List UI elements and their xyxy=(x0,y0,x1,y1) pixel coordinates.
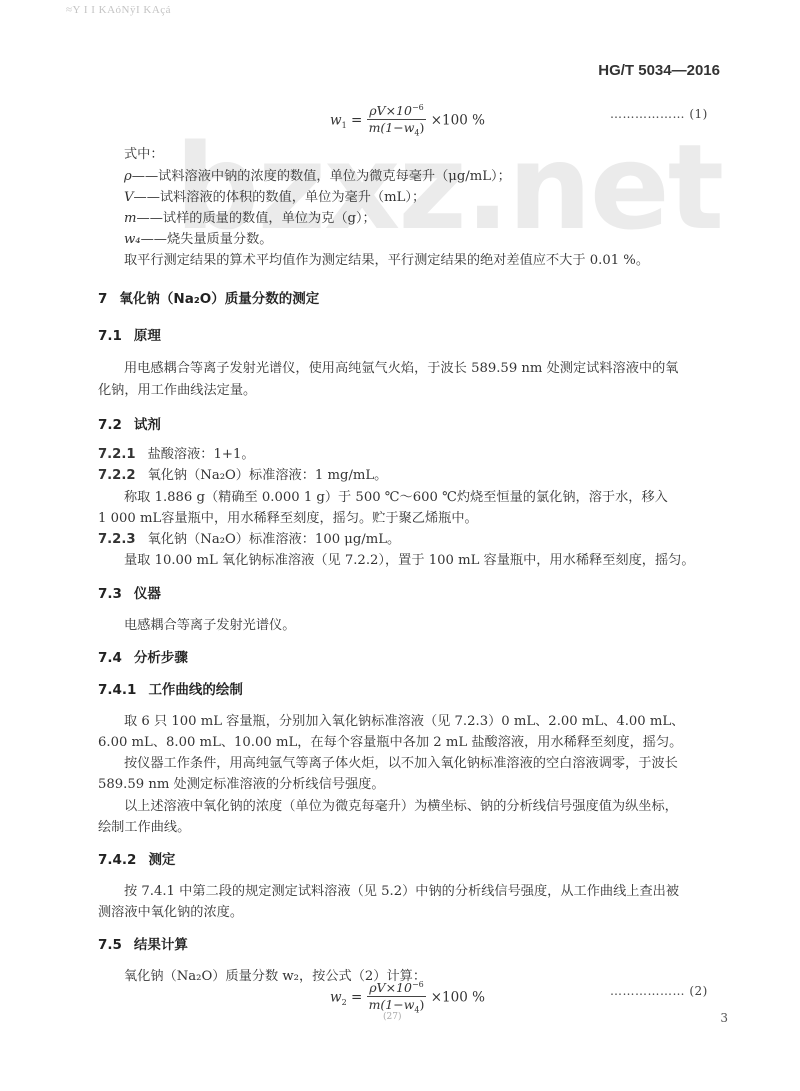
paragraph: 取 6 只 100 mL 容量瓶，分别加入氧化钠标准溶液（见 7.2.3）0 m… xyxy=(124,710,684,729)
section-7-1-heading: 7.1原理 xyxy=(98,324,161,344)
paragraph: 用电感耦合等离子发射光谱仪，使用高纯氩气火焰，于波长 589.59 nm 处测定… xyxy=(124,357,678,376)
section-7-2-2: 7.2.2氧化钠（Na₂O）标准溶液：1 mg/mL。 xyxy=(98,464,387,483)
exponent: −6 xyxy=(412,103,424,112)
formula-1-leader: ……………… (1) xyxy=(610,107,708,121)
denominator: m(1−w xyxy=(369,997,415,1012)
section-7-4-heading: 7.4分析步骤 xyxy=(98,646,188,666)
paragraph: 589.59 nm 处测定标准溶液的分析线信号强度。 xyxy=(98,773,385,792)
leader-dots: ……………… xyxy=(610,984,685,998)
section-title: 结果计算 xyxy=(134,937,188,953)
definition: 试料溶液的体积的数值，单位为毫升（mL）； xyxy=(160,190,425,205)
paragraph: 6.00 mL、8.00 mL、10.00 mL，在每个容量瓶中各加 2 mL … xyxy=(98,731,682,750)
symbol: m xyxy=(124,211,137,226)
section-7-5-heading: 7.5结果计算 xyxy=(98,933,188,953)
legend-item-w4: w₄——烧失量质量分数。 xyxy=(124,228,272,247)
formula-number: (1) xyxy=(689,107,708,121)
section-number: 7.1 xyxy=(98,328,122,344)
section-number: 7.4.2 xyxy=(98,852,136,868)
paragraph: 测溶液中氧化钠的浓度。 xyxy=(98,901,243,920)
section-title: 测定 xyxy=(148,852,175,868)
section-number: 7.2.2 xyxy=(98,468,136,483)
formula-lhs-sub: 2 xyxy=(342,998,347,1007)
denominator-end: ) xyxy=(420,997,425,1012)
symbol: ρ xyxy=(124,169,132,184)
page-number: 3 xyxy=(720,1011,728,1025)
numerator: ρV×10 xyxy=(369,103,412,118)
symbol: w₄ xyxy=(124,232,141,247)
section-number: 7.2.3 xyxy=(98,532,136,547)
section-text: 氧化钠（Na₂O）标准溶液：100 μg/mL。 xyxy=(148,532,401,547)
dash: —— xyxy=(141,232,167,247)
paragraph: 按仪器工作条件，用高纯氩气等离子体火炬，以不加入氧化钠标准溶液的空白溶液调零，于… xyxy=(124,752,678,771)
legend-item-m: m——试样的质量的数值，单位为克（g）； xyxy=(124,207,376,226)
paragraph: 电感耦合等离子发射光谱仪。 xyxy=(124,614,295,633)
paragraph: 1 000 mL容量瓶中，用水稀释至刻度，摇匀。贮于聚乙烯瓶中。 xyxy=(98,507,478,526)
legend-intro: 式中： xyxy=(124,143,164,162)
leader-dots: ……………… xyxy=(610,107,685,121)
section-number: 7.5 xyxy=(98,937,122,953)
section-title: 原理 xyxy=(134,328,161,344)
section-text: 盐酸溶液：1+1。 xyxy=(148,447,255,462)
section-title: 仪器 xyxy=(134,586,161,602)
denominator-end: ) xyxy=(420,120,425,135)
definition: 烧失量质量分数。 xyxy=(167,232,273,247)
section-title: 试剂 xyxy=(134,417,161,433)
section-number: 7.2.1 xyxy=(98,447,136,462)
paragraph: 化钠，用工作曲线法定量。 xyxy=(98,379,256,398)
formula-lhs-sub: 1 xyxy=(342,121,347,130)
definition: 试料溶液中钠的浓度的数值，单位为微克每毫升（μg/mL）； xyxy=(158,169,511,184)
section-7-4-2-heading: 7.4.2测定 xyxy=(98,848,175,868)
formula-number: (2) xyxy=(689,984,708,998)
formula-tail: ×100 % xyxy=(431,112,485,128)
result-precision-note: 取平行测定结果的算术平均值作为测定结果，平行测定结果的绝对差值应不大于 0.01… xyxy=(124,249,649,268)
paragraph: 按 7.4.1 中第二段的规定测定试料溶液（见 5.2）中钠的分析线信号强度，从… xyxy=(124,880,679,899)
paragraph: 量取 10.00 mL 氧化钠标准溶液（见 7.2.2），置于 100 mL 容… xyxy=(124,549,695,568)
definition: 试样的质量的数值，单位为克（g）； xyxy=(163,211,376,226)
page-content: w1 = ρV×10−6 m(1−w4) ×100 % ……………… (1) 式… xyxy=(0,0,800,1091)
section-number: 7.2 xyxy=(98,417,122,433)
section-number: 7.4 xyxy=(98,650,122,666)
section-number: 7.4.1 xyxy=(98,682,136,698)
section-number: 7 xyxy=(98,291,107,307)
section-7-2-heading: 7.2试剂 xyxy=(98,413,161,433)
paragraph: 称取 1.886 g（精确至 0.000 1 g）于 500 ℃～600 ℃灼烧… xyxy=(124,486,668,505)
section-text: 氧化钠（Na₂O）标准溶液：1 mg/mL。 xyxy=(148,468,388,483)
formula-2-leader: ……………… (2) xyxy=(610,984,708,998)
section-title: 分析步骤 xyxy=(134,650,188,666)
formula-lhs: w xyxy=(330,112,342,128)
denominator: m(1−w xyxy=(369,120,415,135)
formula-lhs: w xyxy=(330,989,342,1005)
section-7-heading: 7氧化钠（Na₂O）质量分数的测定 xyxy=(98,287,319,307)
dash: —— xyxy=(137,211,163,226)
formula-fraction: ρV×10−6 m(1−w4) xyxy=(367,100,427,142)
legend-item-v: V——试料溶液的体积的数值，单位为毫升（mL）； xyxy=(124,186,425,205)
section-7-2-1: 7.2.1盐酸溶液：1+1。 xyxy=(98,443,255,462)
formula-2: w2 = ρV×10−6 m(1−w4) ×100 % xyxy=(330,977,485,1019)
numerator: ρV×10 xyxy=(369,980,412,995)
dash: —— xyxy=(134,190,160,205)
section-number: 7.3 xyxy=(98,586,122,602)
formula-tail: ×100 % xyxy=(431,989,485,1005)
paragraph: 绘制工作曲线。 xyxy=(98,816,190,835)
section-title: 工作曲线的绘制 xyxy=(148,682,243,698)
section-7-4-1-heading: 7.4.1工作曲线的绘制 xyxy=(98,678,243,698)
symbol: V xyxy=(124,190,134,205)
exponent: −6 xyxy=(412,980,424,989)
section-title: 氧化钠（Na₂O）质量分数的测定 xyxy=(119,291,319,307)
footer-center-mark: (27) xyxy=(383,1012,401,1022)
section-7-3-heading: 7.3仪器 xyxy=(98,582,161,602)
formula-1: w1 = ρV×10−6 m(1−w4) ×100 % xyxy=(330,100,485,142)
legend-item-rho: ρ——试料溶液中钠的浓度的数值，单位为微克每毫升（μg/mL）； xyxy=(124,165,511,184)
paragraph: 以上述溶液中氧化钠的浓度（单位为微克每毫升）为横坐标、钠的分析线信号强度值为纵坐… xyxy=(124,795,678,814)
section-7-2-3: 7.2.3氧化钠（Na₂O）标准溶液：100 μg/mL。 xyxy=(98,528,400,547)
dash: —— xyxy=(132,169,158,184)
